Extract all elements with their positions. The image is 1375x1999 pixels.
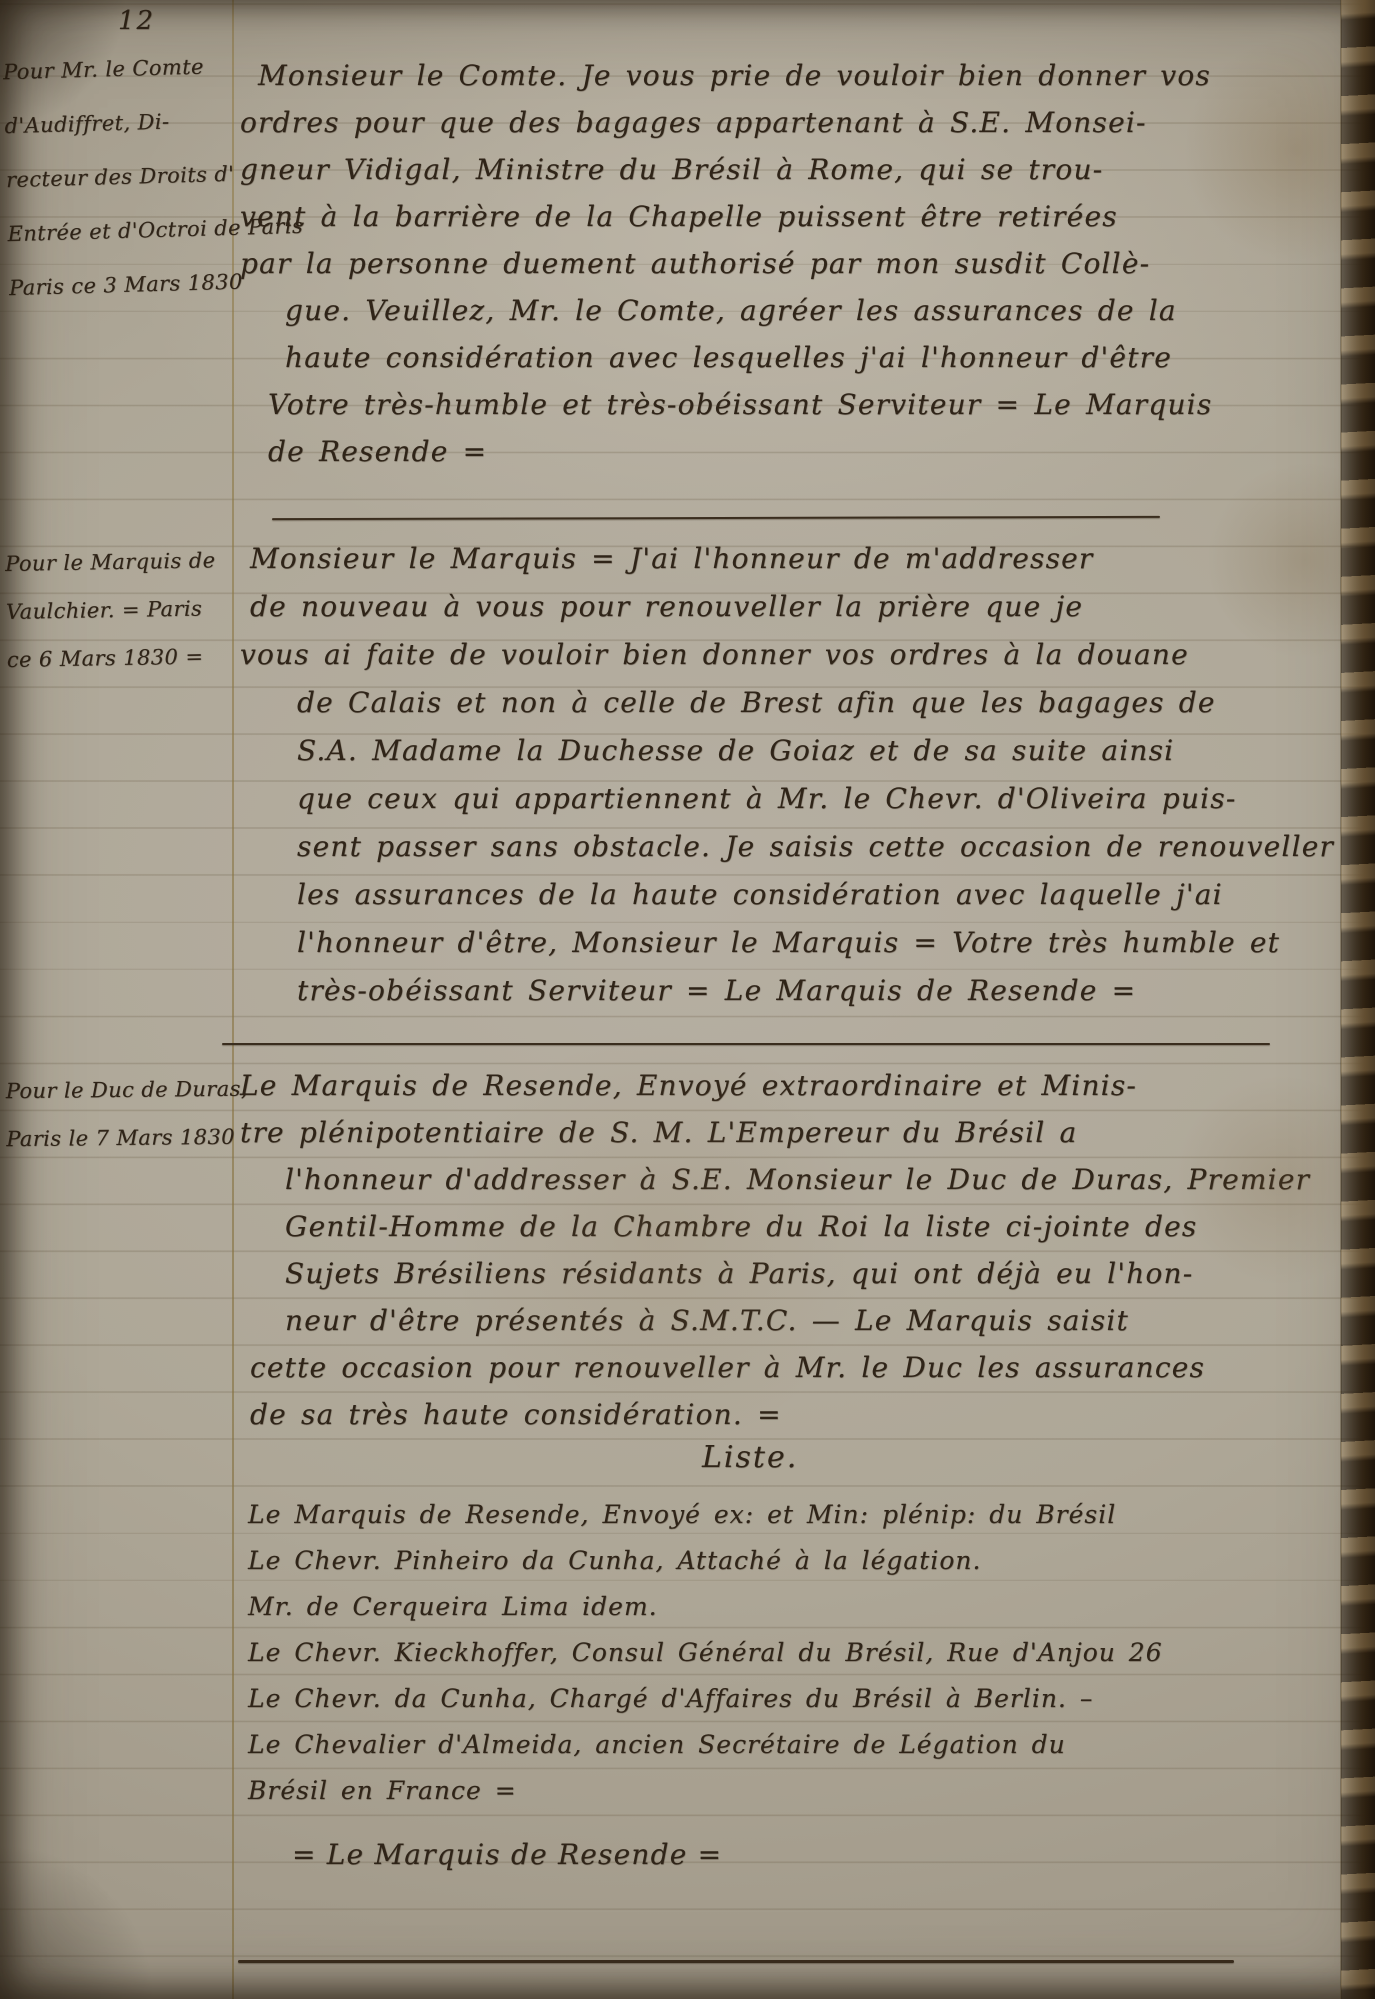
entry-divider (222, 1043, 1270, 1045)
body-line: par la personne duement authorisé par mo… (240, 240, 1212, 287)
body-line: S.A. Madame la Duchesse de Goiaz et de s… (240, 727, 1334, 775)
letter-body-3: Le Marquis de Resende, Envoyé extraordin… (240, 1062, 1310, 1438)
margin-line: Pour le Duc de Duras, (6, 1065, 232, 1115)
bottom-divider (238, 1960, 1234, 1963)
margin-note-2: Pour le Marquis de Vaulchier. = Paris ce… (5, 536, 233, 684)
body-line: haute considération avec lesquelles j'ai… (240, 334, 1212, 381)
margin-note-3: Pour le Duc de Duras, Paris le 7 Mars 18… (6, 1065, 233, 1163)
body-line: Gentil-Homme de la Chambre du Roi la lis… (240, 1203, 1310, 1250)
body-line: sent passer sans obstacle. Je saisis cet… (240, 823, 1334, 871)
list-line: Le Chevalier d'Almeida, ancien Secrétair… (240, 1722, 1163, 1768)
body-line: ordres pour que des bagages appartenant … (240, 99, 1212, 146)
margin-line: recteur des Droits d' (5, 147, 232, 207)
body-line: de sa très haute considération. = (240, 1391, 1310, 1438)
page-number: 12 (118, 6, 155, 36)
list-line: Le Marquis de Resende, Envoyé ex: et Min… (240, 1492, 1163, 1538)
body-line: Votre très-humble et très-obéissant Serv… (240, 381, 1212, 428)
body-line: Monsieur le Marquis = J'ai l'honneur de … (240, 535, 1334, 583)
list-heading: Liste. (702, 1440, 798, 1475)
list-line: Le Chevr. Pinheiro da Cunha, Attaché à l… (240, 1538, 1163, 1584)
margin-line: ce 6 Mars 1830 = (6, 632, 233, 684)
body-line: de Calais et non à celle de Brest afin q… (240, 679, 1334, 727)
margin-line: Pour Mr. le Comte (2, 39, 229, 99)
list-of-names: Le Marquis de Resende, Envoyé ex: et Min… (240, 1492, 1163, 1814)
body-line: Monsieur le Comte. Je vous prie de voulo… (240, 52, 1212, 99)
body-line: Sujets Brésiliens résidants à Paris, qui… (240, 1250, 1310, 1297)
margin-line: Pour le Marquis de (5, 536, 232, 588)
margin-line: Paris ce 3 Mars 1830 (8, 255, 235, 315)
margin-line: Paris le 7 Mars 1830 (6, 1113, 232, 1163)
margin-line: Vaulchier. = Paris (6, 584, 233, 636)
body-line: cette occasion pour renouveller à Mr. le… (240, 1344, 1310, 1391)
body-line: gneur Vidigal, Ministre du Brésil à Rome… (240, 146, 1212, 193)
list-line: Mr. de Cerqueira Lima idem. (240, 1584, 1163, 1630)
body-line: les assurances de la haute considération… (240, 871, 1334, 919)
body-line: très-obéissant Serviteur = Le Marquis de… (240, 967, 1334, 1015)
body-line: de nouveau à vous pour renouveller la pr… (240, 583, 1334, 631)
signature-line: = Le Marquis de Resende = (292, 1838, 722, 1871)
body-line: l'honneur d'être, Monsieur le Marquis = … (240, 919, 1334, 967)
body-line: neur d'être présentés à S.M.T.C. — Le Ma… (240, 1297, 1310, 1344)
binding-edge (1341, 0, 1375, 1999)
margin-line: d'Audiffret, Di- (4, 93, 231, 153)
margin-line: Entrée et d'Octroi de Paris (7, 201, 234, 261)
list-line: Le Chevr. da Cunha, Chargé d'Affaires du… (240, 1676, 1163, 1722)
list-line: Brésil en France = (240, 1768, 1163, 1814)
margin-note-1: Pour Mr. le Comte d'Audiffret, Di- recte… (2, 39, 235, 315)
letter-body-2: Monsieur le Marquis = J'ai l'honneur de … (240, 535, 1334, 1015)
body-line: gue. Veuillez, Mr. le Comte, agréer les … (240, 287, 1212, 334)
body-line: vent à la barrière de la Chapelle puisse… (240, 193, 1212, 240)
manuscript-page: 12 Pour Mr. le Comte d'Audiffret, Di- re… (0, 0, 1375, 1999)
body-line: tre plénipotentiaire de S. M. L'Empereur… (240, 1109, 1310, 1156)
letter-body-1: Monsieur le Comte. Je vous prie de voulo… (240, 52, 1212, 475)
body-line: de Resende = (240, 428, 1212, 475)
body-line: que ceux qui appartiennent à Mr. le Chev… (240, 775, 1334, 823)
body-line: Le Marquis de Resende, Envoyé extraordin… (240, 1062, 1310, 1109)
body-line: vous ai faite de vouloir bien donner vos… (240, 631, 1334, 679)
body-line: l'honneur d'addresser à S.E. Monsieur le… (240, 1156, 1310, 1203)
list-line: Le Chevr. Kieckhoffer, Consul Général du… (240, 1630, 1163, 1676)
